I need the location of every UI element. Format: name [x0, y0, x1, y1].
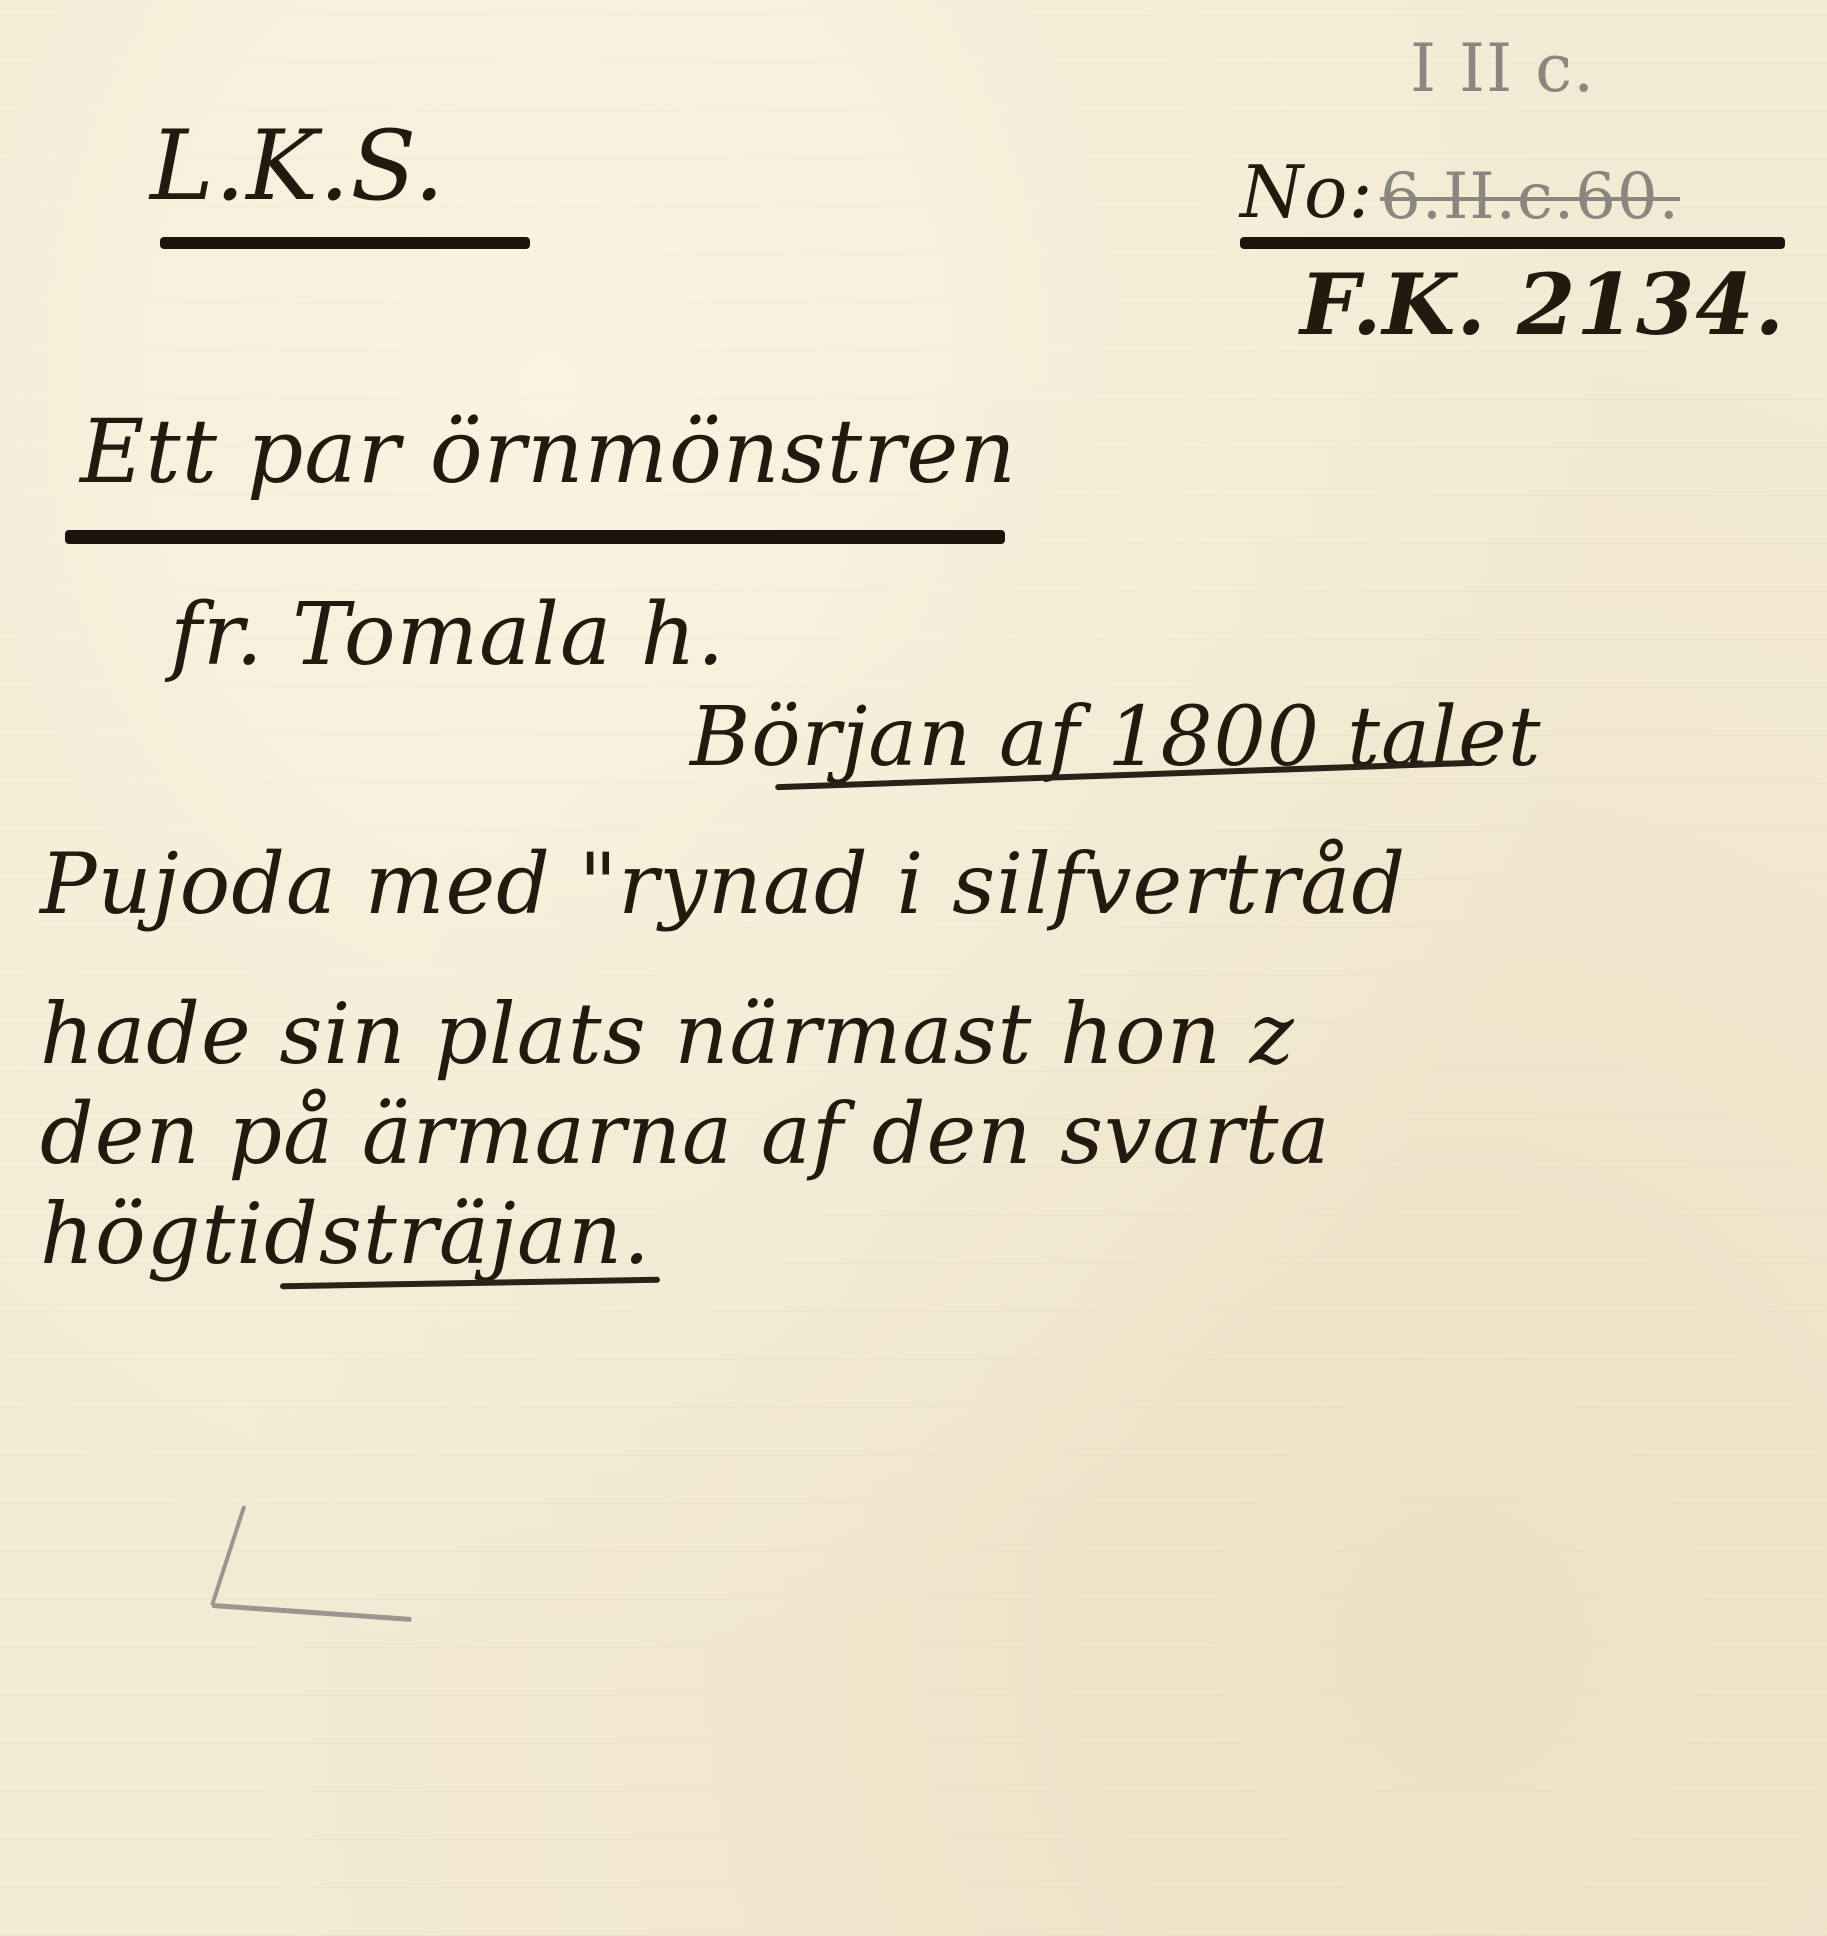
number-label: No: [1240, 150, 1374, 234]
pencil-mark-horizontal [212, 1603, 412, 1622]
date-text: Början af 1800 talet [690, 690, 1542, 785]
source-location: fr. Tomala h. [170, 585, 725, 685]
pencil-classification: I II c. [1410, 30, 1595, 107]
body-line-4: högtidsträjan. [40, 1185, 651, 1283]
body-line-3: den på ärmarna af den svarta [40, 1085, 1331, 1183]
document-title: Ett par örnmönstren [80, 400, 1017, 503]
body-line-2: hade sin plats närmast hon z [40, 985, 1295, 1083]
collection-mark-underline [160, 237, 530, 249]
catalogue-number: F.K. 2134. [1300, 255, 1785, 354]
collection-mark: L.K.S. [150, 110, 445, 222]
crossed-out-number: 6.II.c.60. [1380, 160, 1680, 234]
title-underline [65, 530, 1005, 544]
pencil-mark-vertical [210, 1505, 246, 1606]
number-underline [1240, 237, 1785, 249]
body-line-1: Pujoda med "rynad i silfvertråd [40, 835, 1406, 933]
